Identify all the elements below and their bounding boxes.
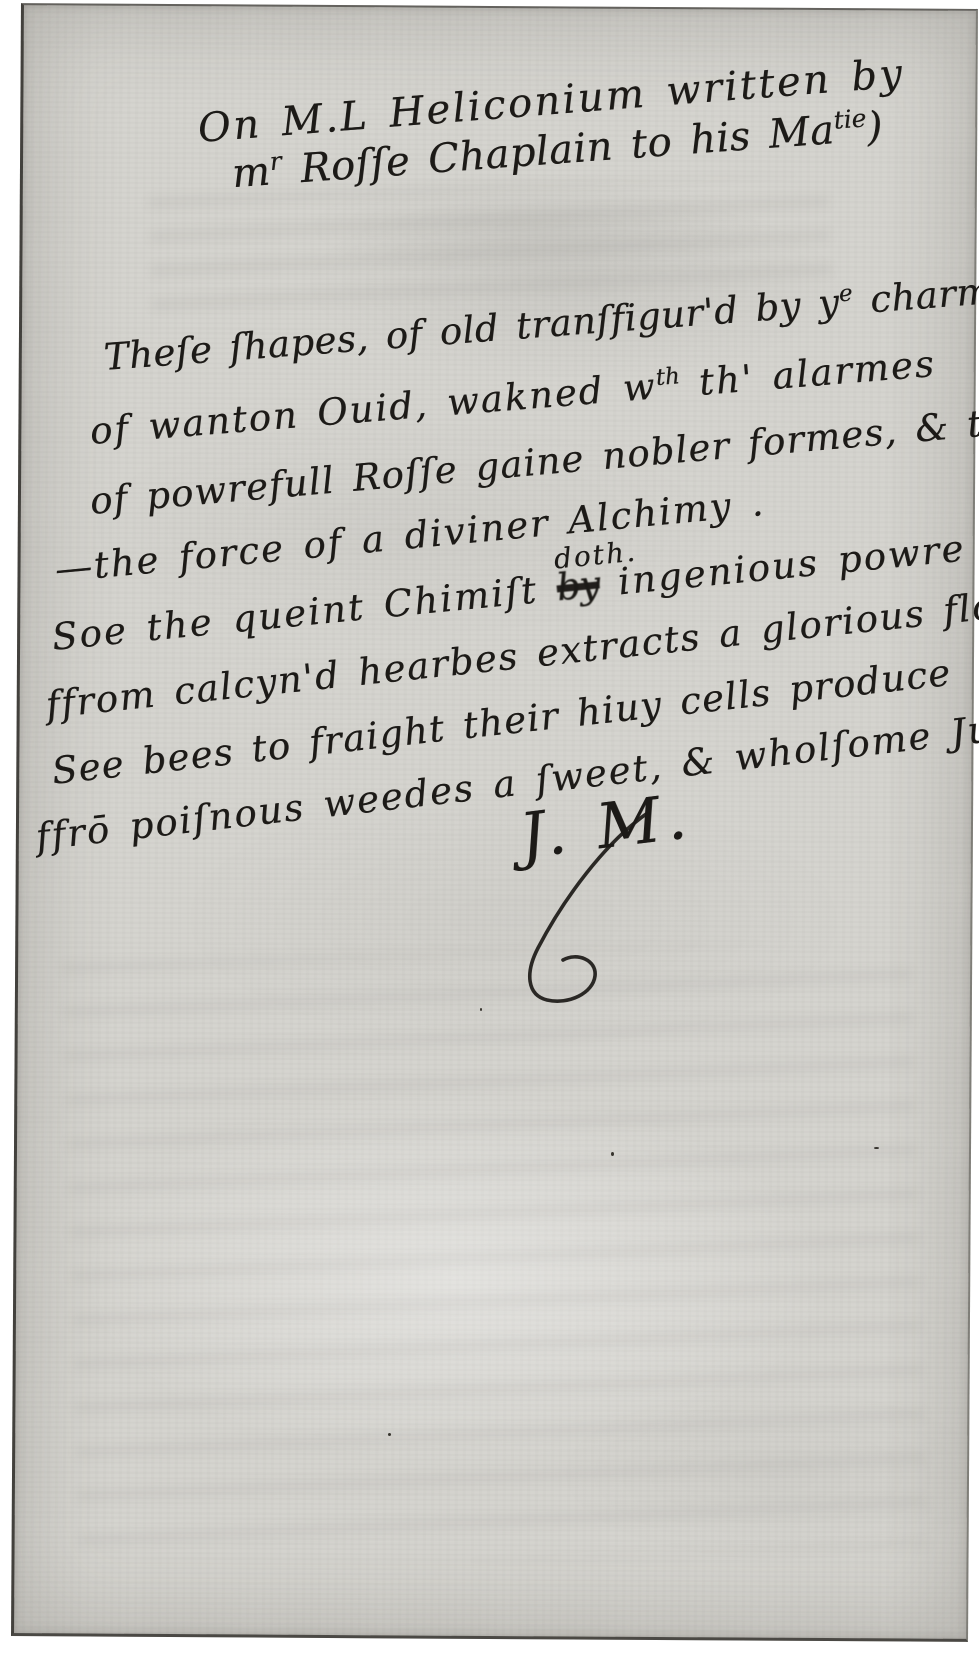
ink-speck (388, 1433, 391, 1436)
ink-speck (480, 1008, 482, 1011)
show-through-text-lower (62, 938, 929, 1571)
manuscript-photo: On M.L Heliconium written bymr Roſſe Cha… (0, 0, 979, 1661)
ink-speck (611, 1152, 614, 1156)
ink-speck (874, 1147, 879, 1149)
deleted-word: bydoth. (555, 562, 602, 609)
